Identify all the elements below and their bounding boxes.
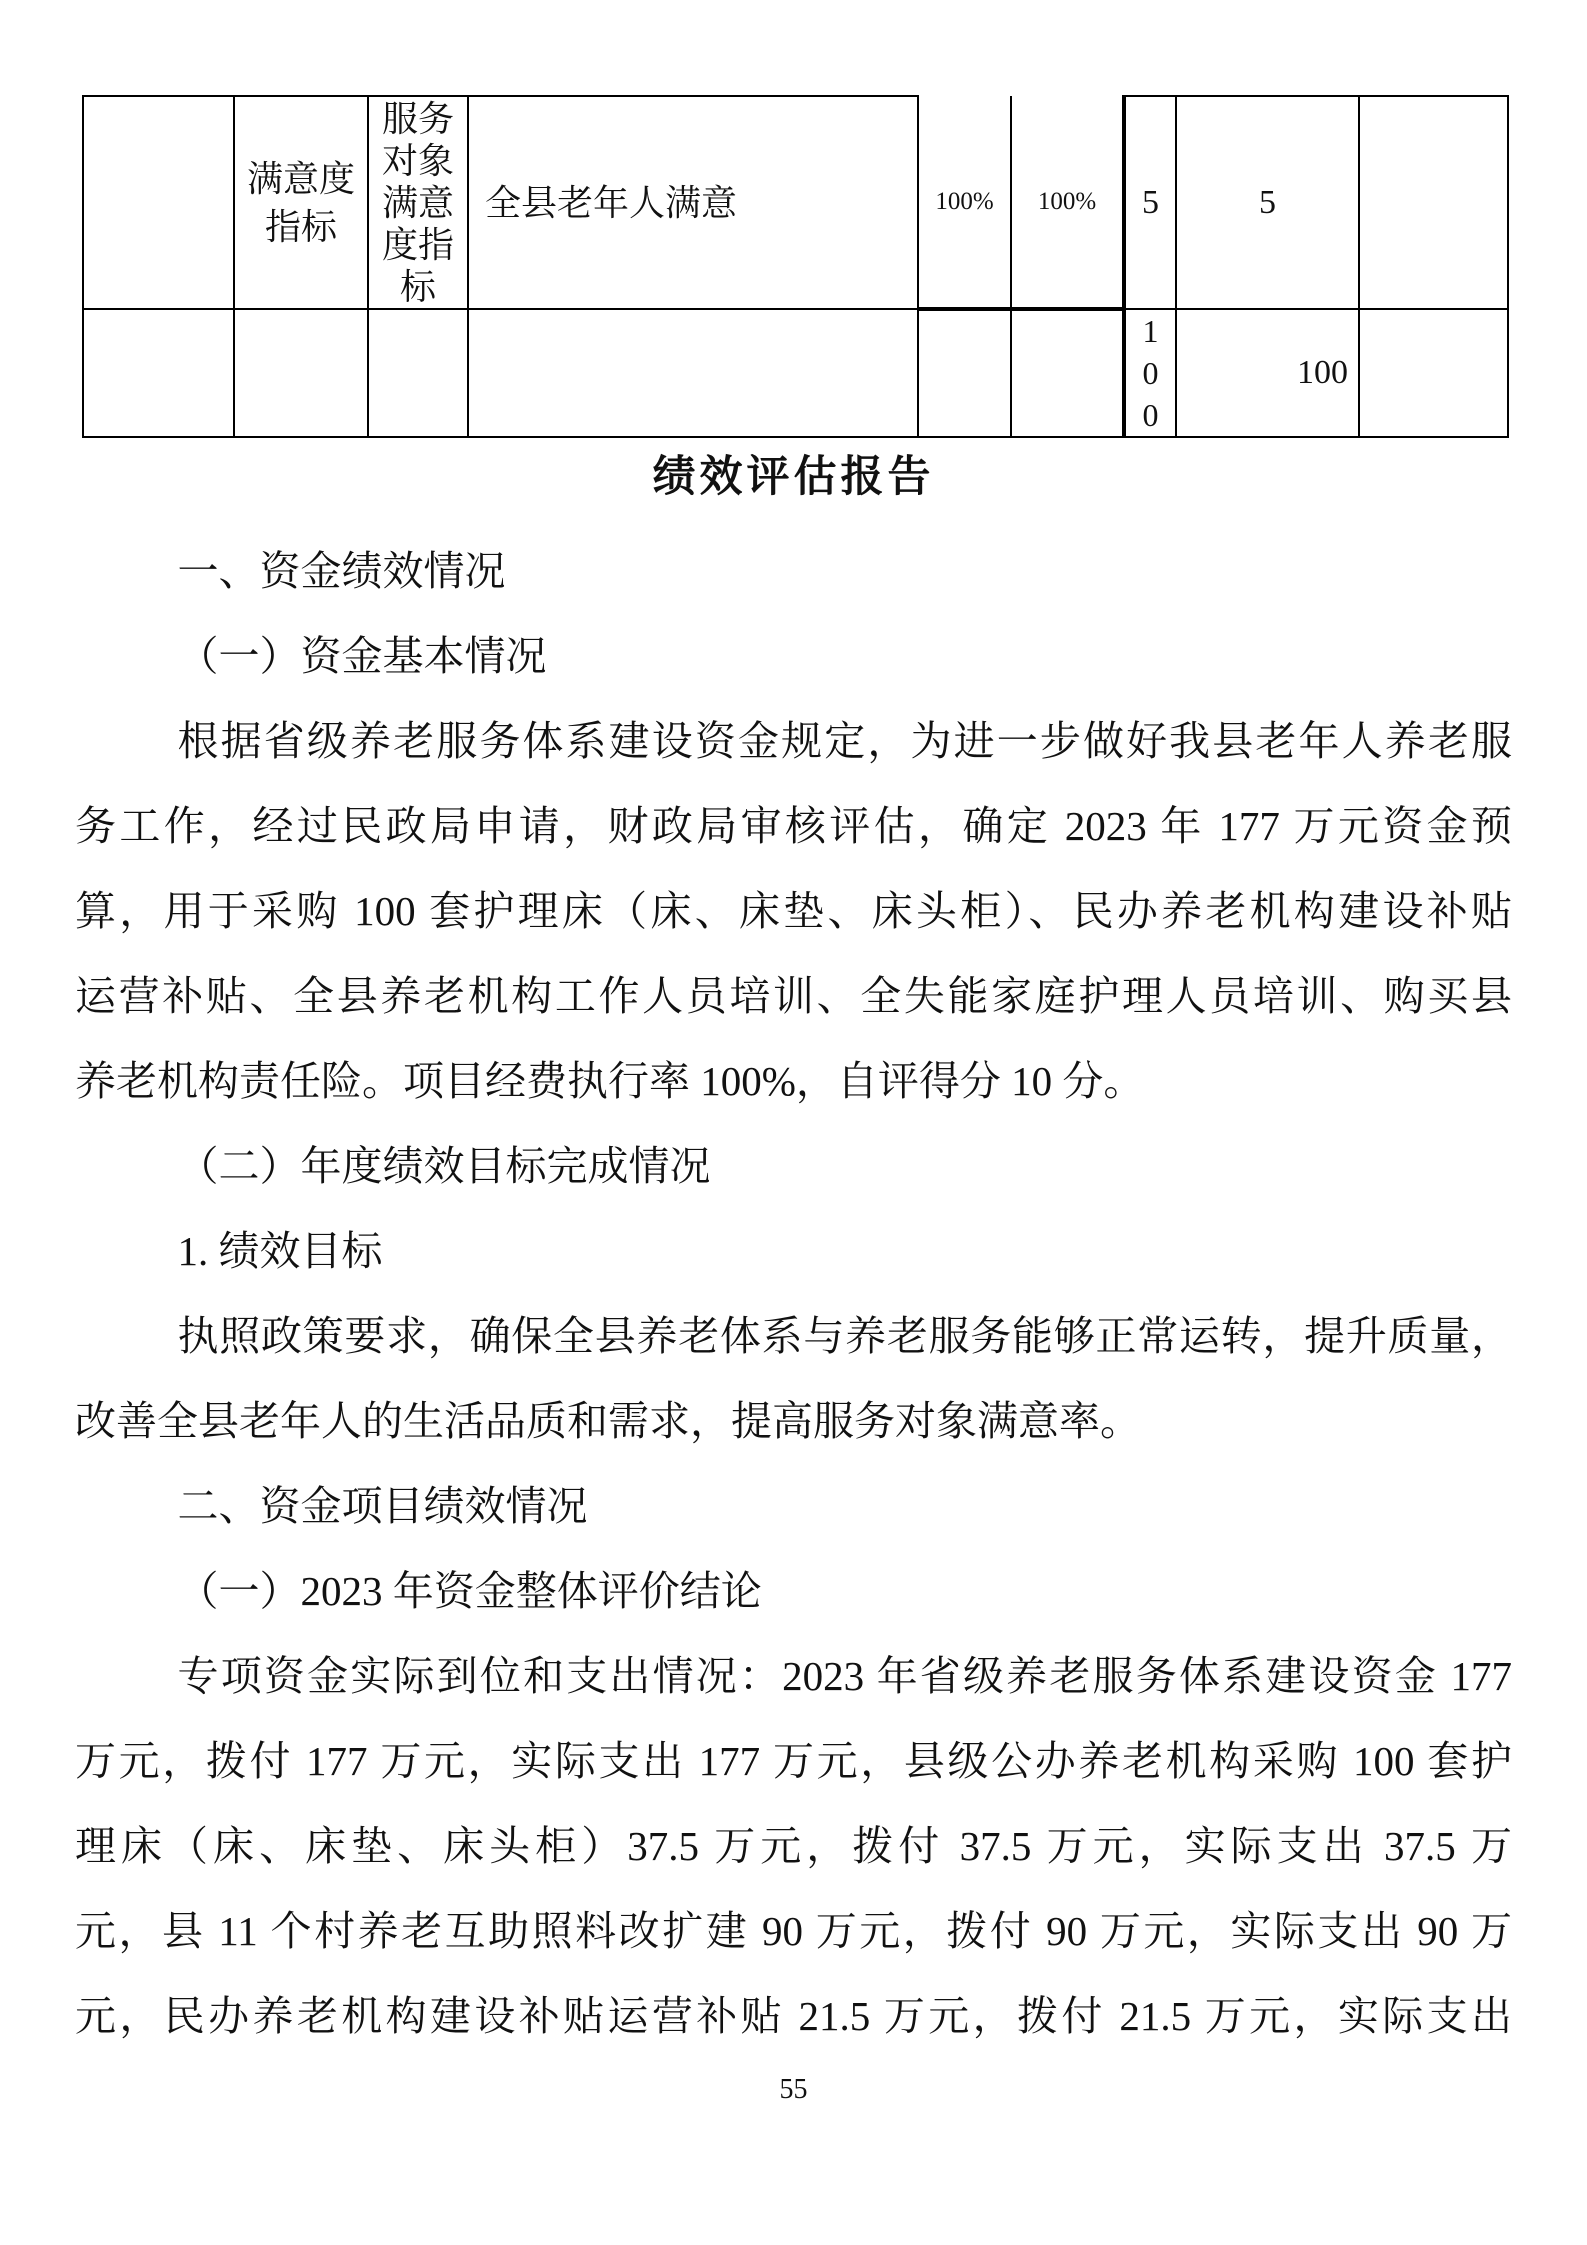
heading-section-2: 二、资金项目绩效情况 xyxy=(75,1464,1512,1549)
paragraph-line: 根据省级养老服务体系建设资金规定，为进一步做好我县老年人养老服 xyxy=(75,699,1512,784)
empty-cell xyxy=(1011,309,1124,437)
paragraph-line: 专项资金实际到位和支出情况：2023 年省级养老服务体系建设资金 177 xyxy=(75,1634,1512,1719)
weight-score-cell: 5 xyxy=(1124,96,1176,309)
heading-section-1: 一、资金绩效情况 xyxy=(75,529,1512,614)
empty-cell xyxy=(918,309,1011,437)
paragraph-line: 元，民办养老机构建设补贴运营补贴 21.5 万元，拨付 21.5 万元，实际支出 xyxy=(75,1974,1512,2059)
indicator-type-cell: 服务对象满意度指标 xyxy=(368,96,468,309)
empty-cell xyxy=(368,309,468,437)
indicator-category-cell: 满意度指标 xyxy=(234,96,368,309)
empty-cell xyxy=(1359,96,1508,309)
indicator-name-cell: 全县老年人满意 xyxy=(468,96,918,309)
paragraph-line: 务工作，经过民政局申请，财政局审核评估，确定 2023 年 177 万元资金预 xyxy=(75,784,1512,869)
document-page: 满意度指标 服务对象满意度指标 全县老年人满意 100% 100% 5 5 1 … xyxy=(0,0,1587,2245)
heading-subsection-1-2: （二）年度绩效目标完成情况 xyxy=(75,1124,1512,1209)
target-value-cell: 100% xyxy=(918,96,1011,309)
table-row: 1 0 0 100 xyxy=(83,309,1508,437)
paragraph-line: 改善全县老年人的生活品质和需求，提高服务对象满意率。 xyxy=(75,1379,1512,1464)
paragraph-line: 算，用于采购 100 套护理床（床、床垫、床头柜）、民办养老机构建设补贴 xyxy=(75,869,1512,954)
total-weight-cell: 1 0 0 xyxy=(1124,309,1176,437)
actual-value-cell: 100% xyxy=(1011,96,1124,309)
paragraph-line: 执照政策要求，确保全县养老体系与养老服务能够正常运转，提升质量， xyxy=(75,1294,1512,1379)
paragraph-line: 养老机构责任险。项目经费执行率 100%，自评得分 10 分。 xyxy=(75,1039,1512,1124)
performance-indicator-table: 满意度指标 服务对象满意度指标 全县老年人满意 100% 100% 5 5 1 … xyxy=(82,95,1509,438)
report-body: 一、资金绩效情况 （一）资金基本情况 根据省级养老服务体系建设资金规定，为进一步… xyxy=(75,529,1512,2059)
heading-subsection-2-1: （一）2023 年资金整体评价结论 xyxy=(75,1549,1512,1634)
table-row: 满意度指标 服务对象满意度指标 全县老年人满意 100% 100% 5 5 xyxy=(83,96,1508,309)
empty-cell xyxy=(83,309,234,437)
heading-subsection-1-1: （一）资金基本情况 xyxy=(75,614,1512,699)
page-number: 55 xyxy=(75,2073,1512,2107)
paragraph-line: 万元，拨付 177 万元，实际支出 177 万元，县级公办养老机构采购 100 … xyxy=(75,1719,1512,1804)
paragraph-line: 元，县 11 个村养老互助照料改扩建 90 万元，拨付 90 万元，实际支出 9… xyxy=(75,1889,1512,1974)
heading-item-1: 1. 绩效目标 xyxy=(75,1209,1512,1294)
total-score-cell: 100 xyxy=(1176,309,1359,437)
report-title: 绩效评估报告 xyxy=(75,452,1512,504)
empty-cell xyxy=(83,96,234,309)
paragraph-line: 理床（床、床垫、床头柜）37.5 万元，拨付 37.5 万元，实际支出 37.5… xyxy=(75,1804,1512,1889)
empty-cell xyxy=(1359,309,1508,437)
score-cell: 5 xyxy=(1176,96,1359,309)
empty-cell xyxy=(468,309,918,437)
paragraph-line: 运营补贴、全县养老机构工作人员培训、全失能家庭护理人员培训、购买县 xyxy=(75,954,1512,1039)
empty-cell xyxy=(234,309,368,437)
